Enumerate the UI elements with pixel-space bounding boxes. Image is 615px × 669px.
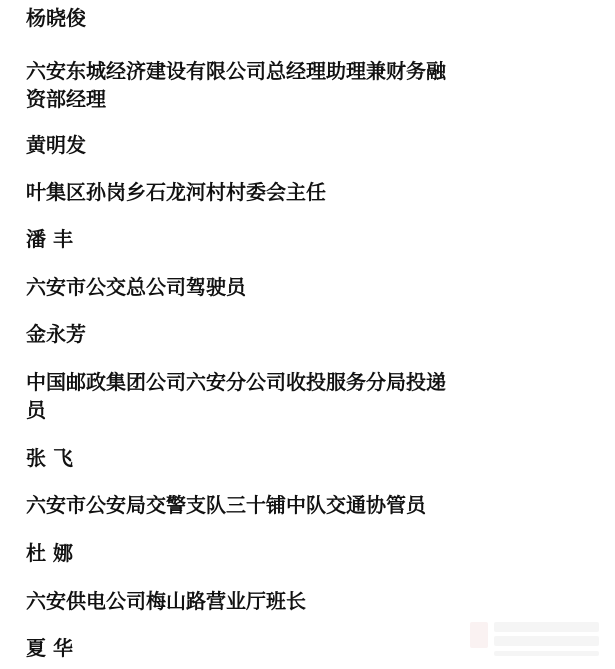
person-name: 夏 华 [26,634,506,662]
title-text: 六安供电公司梅山路营业厅班长 [26,587,506,615]
title-text: 叶集区孙岗乡石龙河村村委会主任 [26,178,506,206]
name-text: 潘 丰 [26,225,506,253]
title-text-line-2: 资部经理 [26,85,506,113]
person-name: 潘 丰 [26,225,506,253]
name-text: 金永芳 [26,320,506,348]
watermark-logo-icon [470,620,605,660]
person-name: 张 飞 [26,444,506,472]
title-text-line-1: 中国邮政集团公司六安分公司收投服务分局投递 [26,368,506,396]
person-title: 六安供电公司梅山路营业厅班长 [26,587,506,615]
title-text-line-1: 六安东城经济建设有限公司总经理助理兼财务融 [26,57,506,85]
title-text: 六安市公交总公司驾驶员 [26,273,506,301]
person-title: 叶集区孙岗乡石龙河村村委会主任 [26,178,506,206]
person-title: 六安市公交总公司驾驶员 [26,273,506,301]
person-title: 六安市公安局交警支队三十铺中队交通协管员 [26,491,506,519]
watermark-bar [494,651,599,656]
person-title: 中国邮政集团公司六安分公司收投服务分局投递 员 [26,368,506,424]
name-text: 张 飞 [26,444,506,472]
person-title: 六安东城经济建设有限公司总经理助理兼财务融 资部经理 [26,57,506,113]
watermark-bar [494,636,599,646]
name-text: 夏 华 [26,634,506,662]
watermark-bar [494,622,599,632]
person-name: 黄明发 [26,131,506,159]
person-name: 杨晓俊 [26,4,506,32]
name-text: 黄明发 [26,131,506,159]
title-text: 六安市公安局交警支队三十铺中队交通协管员 [26,491,506,519]
watermark-mark [470,622,488,648]
person-name: 杜 娜 [26,539,506,567]
name-text: 杜 娜 [26,539,506,567]
title-text-line-2: 员 [26,396,506,424]
name-text: 杨晓俊 [26,4,506,32]
person-name: 金永芳 [26,320,506,348]
